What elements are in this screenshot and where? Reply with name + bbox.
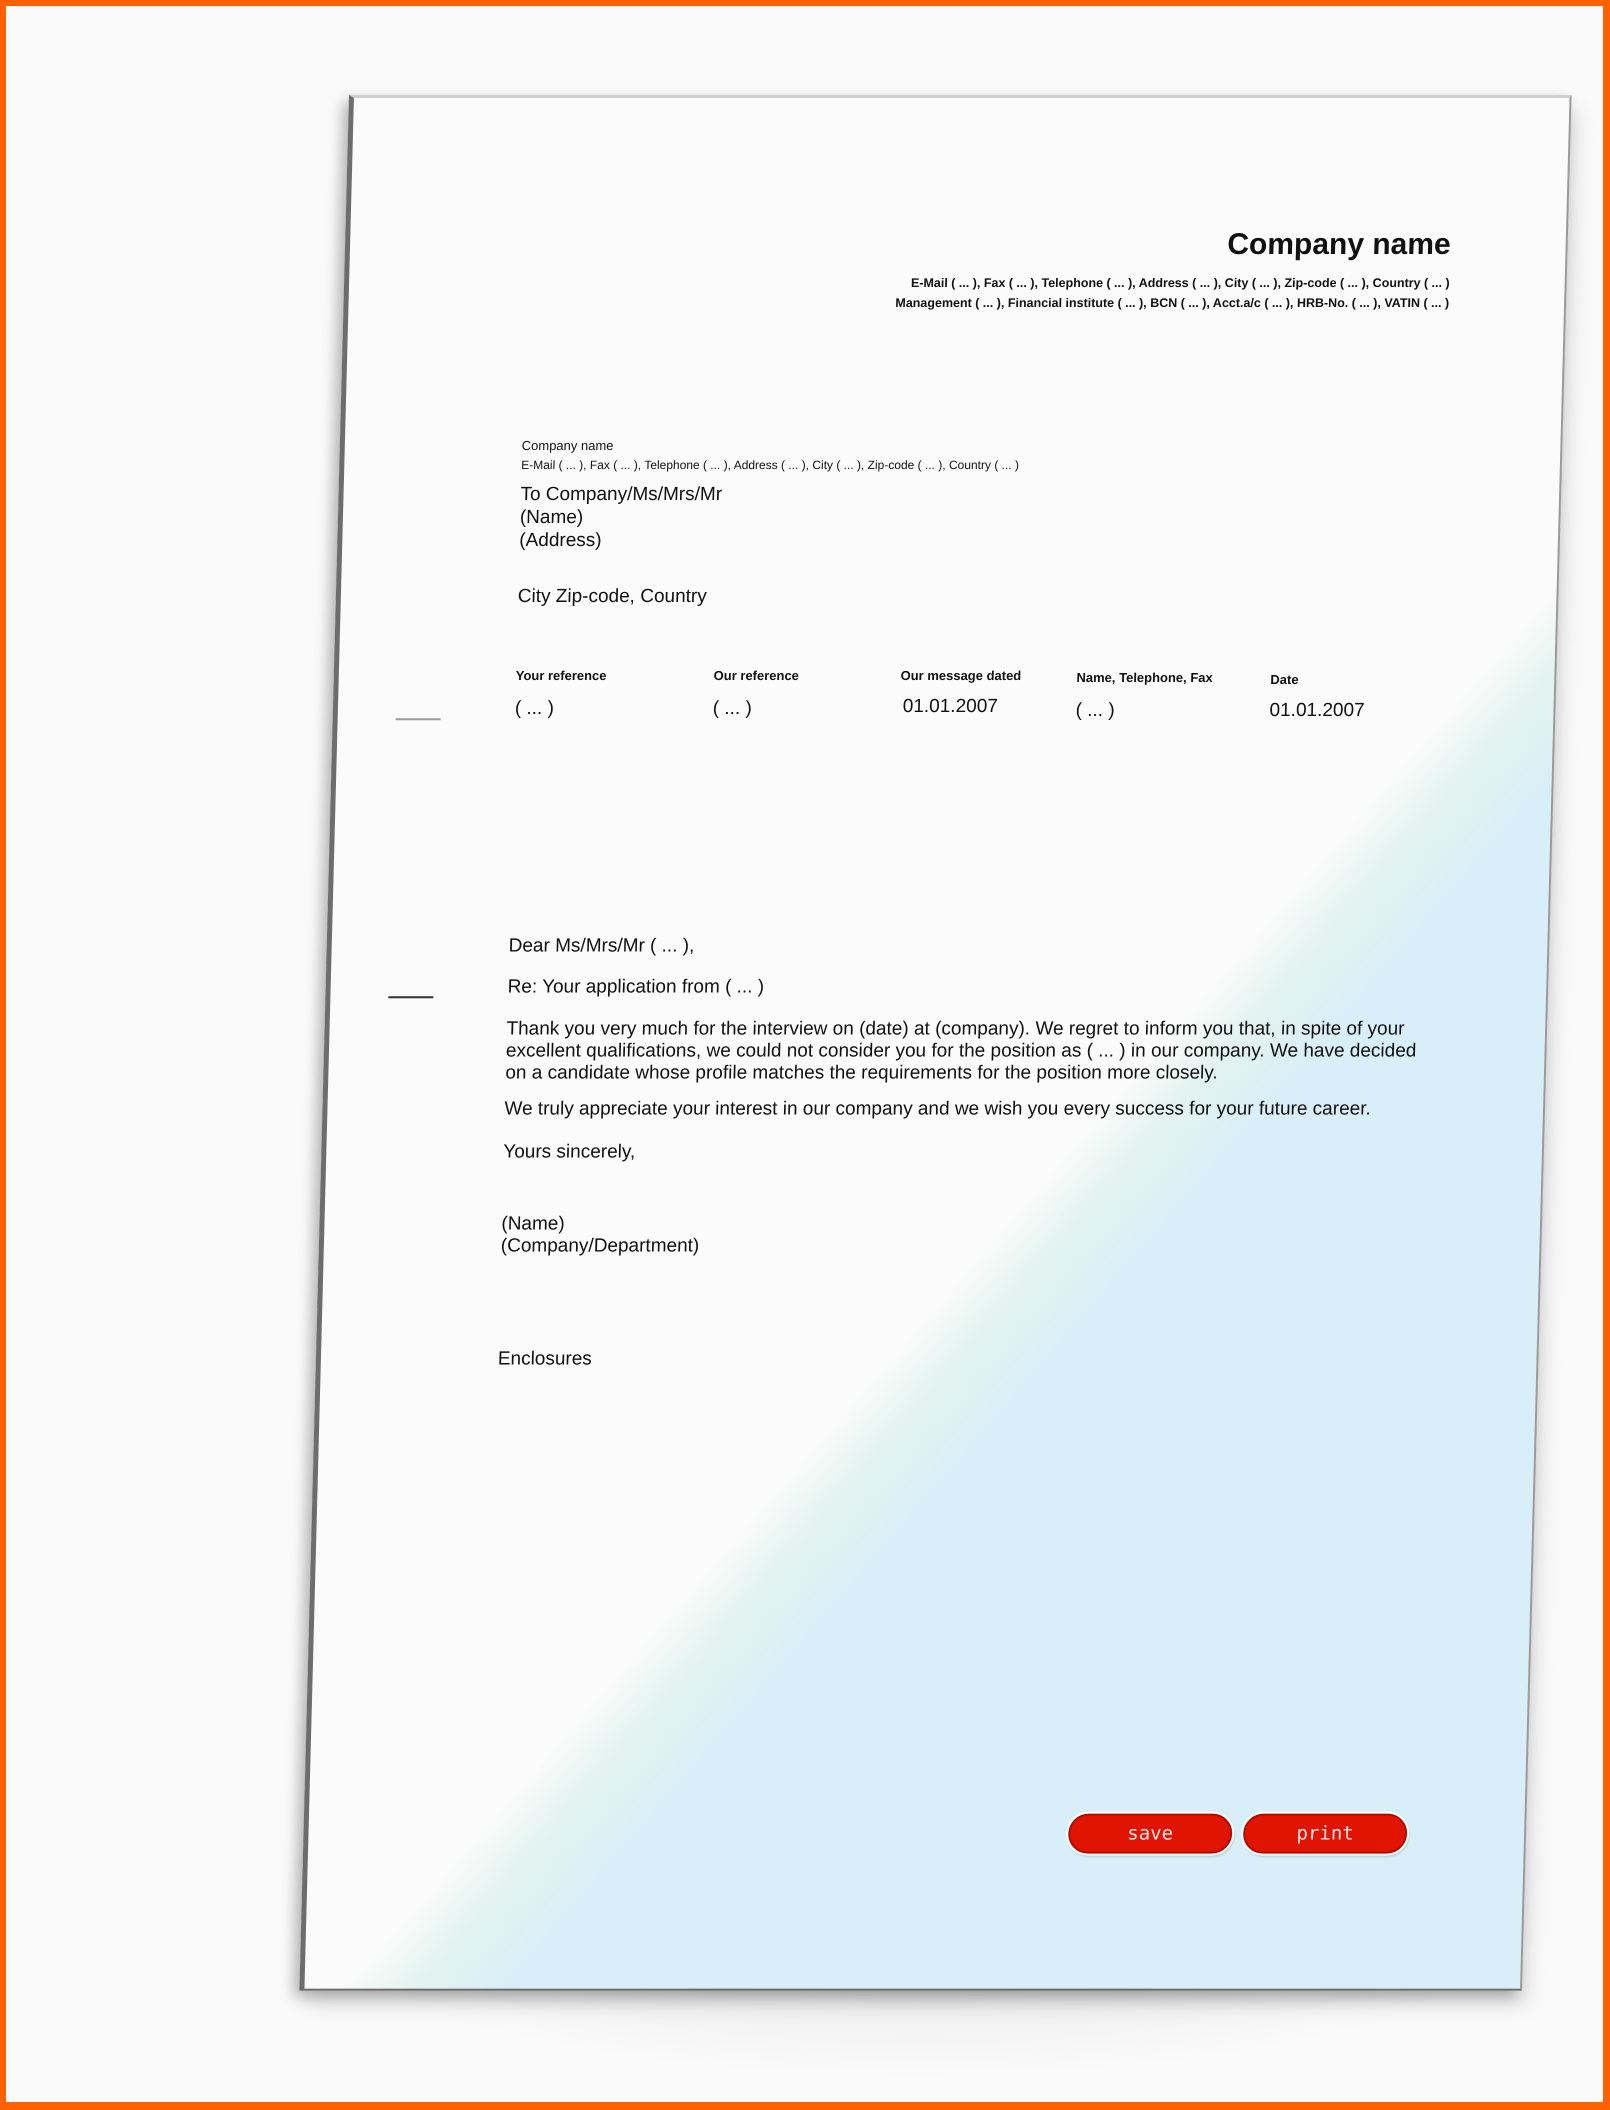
subject-line: Re: Your application from ( ... ) — [507, 976, 764, 998]
print-button[interactable]: print — [1243, 1814, 1408, 1854]
ref-value-our-reference: ( ... ) — [713, 698, 753, 720]
signature-name: (Name) — [501, 1213, 565, 1235]
salutation: Dear Ms/Mrs/Mr ( ... ), — [508, 935, 694, 957]
letterhead-contact-line: E-Mail ( ... ), Fax ( ... ), Telephone (… — [911, 276, 1450, 290]
ref-label-date: Date — [1270, 672, 1299, 687]
recipient-city-line: City Zip-code, Country — [518, 586, 708, 608]
letterhead-legal-line: Management ( ... ), Financial institute … — [895, 296, 1449, 310]
recipient-address: (Address) — [519, 529, 721, 552]
ref-value-your-reference: ( ... ) — [515, 698, 555, 720]
sender-company-name: Company name — [522, 438, 614, 453]
closing: Yours sincerely, — [503, 1141, 636, 1163]
body-paragraph-1: Thank you very much for the interview on… — [505, 1018, 1426, 1084]
ref-label-contact: Name, Telephone, Fax — [1076, 670, 1213, 685]
sender-contact-line: E-Mail ( ... ), Fax ( ... ), Telephone (… — [521, 458, 1019, 472]
ref-label-our-message-dated: Our message dated — [900, 668, 1021, 683]
document-page: Company name E-Mail ( ... ), Fax ( ... )… — [299, 95, 1571, 1991]
fold-mark-top — [396, 718, 441, 720]
ref-value-our-message-dated: 01.01.2007 — [902, 696, 998, 718]
body-paragraph-2: We truly appreciate your interest in our… — [504, 1098, 1424, 1120]
ref-label-your-reference: Your reference — [516, 668, 607, 683]
fold-mark-punch — [388, 996, 433, 998]
letterhead-company-name: Company name — [1227, 228, 1451, 262]
ref-value-contact: ( ... ) — [1075, 700, 1115, 722]
ref-value-date: 01.01.2007 — [1269, 700, 1365, 722]
enclosures: Enclosures — [498, 1348, 593, 1370]
ref-label-our-reference: Our reference — [713, 668, 799, 683]
signature-department: (Company/Department) — [501, 1235, 700, 1257]
recipient-name: (Name) — [520, 506, 722, 529]
recipient-address-block: To Company/Ms/Mrs/Mr (Name) (Address) — [519, 483, 722, 552]
save-button[interactable]: save — [1068, 1814, 1233, 1854]
recipient-line-1: To Company/Ms/Mrs/Mr — [520, 483, 722, 506]
